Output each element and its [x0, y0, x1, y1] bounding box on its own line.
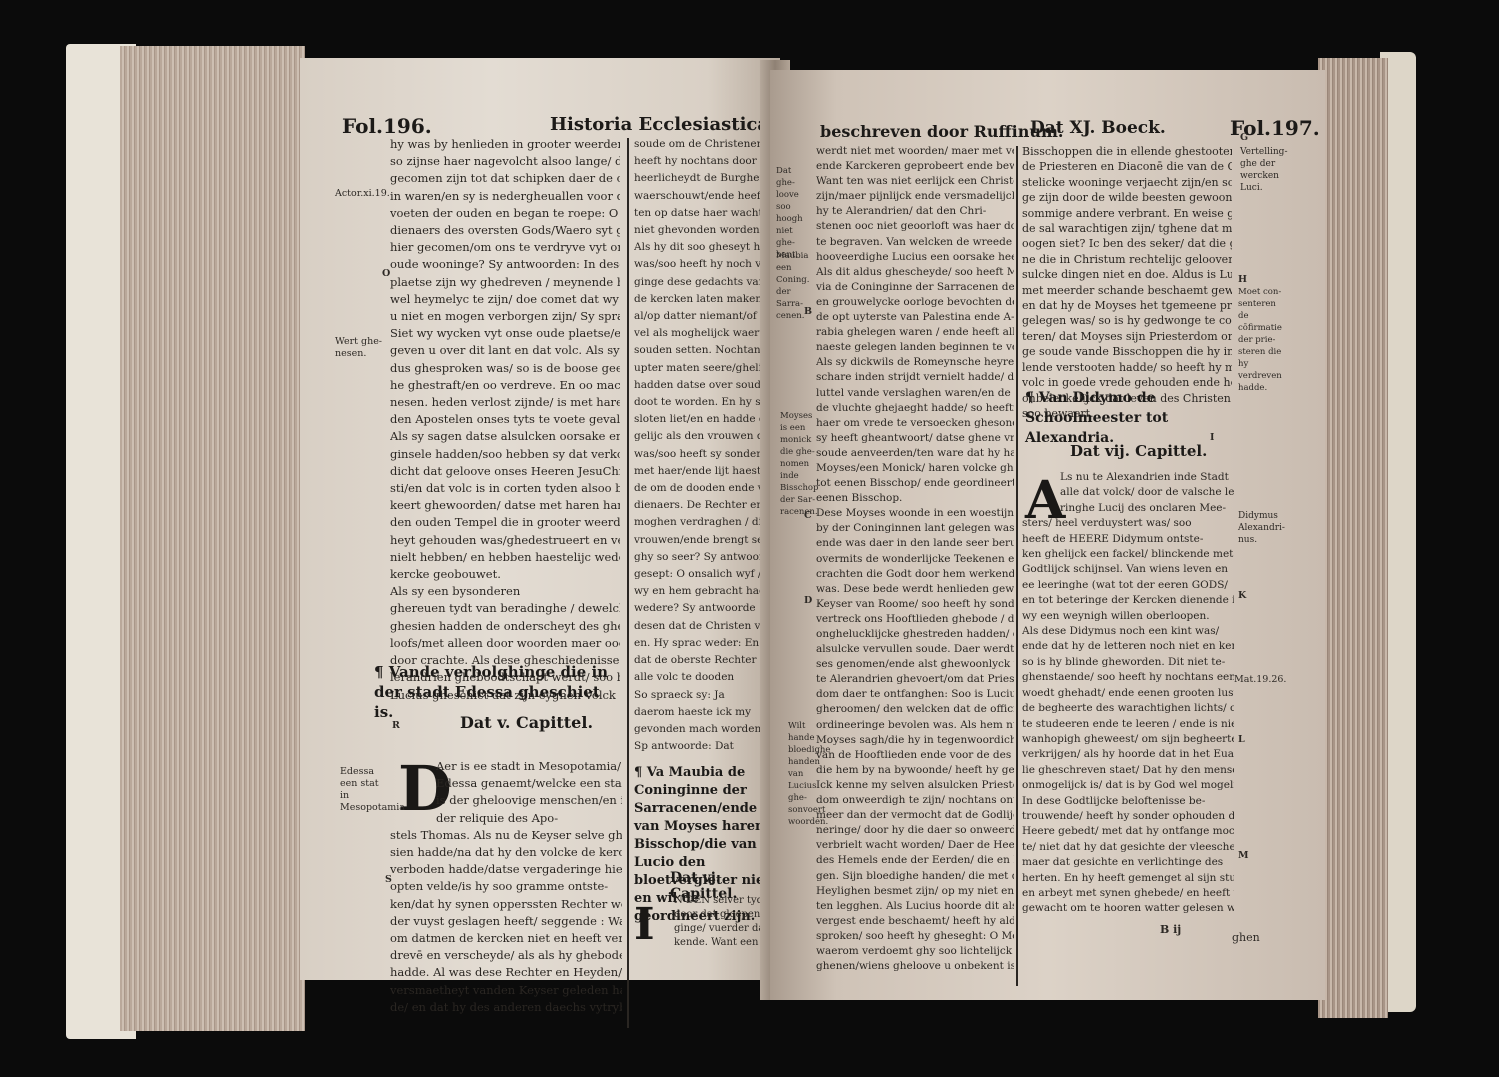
text-line: ghy so seer? Sy antwoorde [634, 549, 780, 566]
text-line: ten op datse haer wachten souden [634, 205, 780, 222]
text-line: ge soude vande Bisschoppen die hy in el- [1022, 344, 1232, 359]
text-line: upter maten seere/ghelijck of sy ghe [634, 360, 780, 377]
text-line: drevē en verscheyde/ als als hy gheboden [390, 947, 622, 964]
text-line: kercke geobouwet. [390, 566, 620, 583]
text-line: geven u over dit lant en dat volc. Als s… [390, 342, 620, 359]
margin-letter: I [1210, 432, 1214, 444]
margin-note: Didymus Alexandri-nus. [1238, 510, 1282, 546]
text-line: gheroomen/ den welcken dat de officie va… [816, 702, 1014, 717]
text-line: soude aenveerden/ten ware dat hy haer ge… [816, 446, 1014, 461]
text-line: hadde. Al was dese Rechter en Heyden/en [390, 964, 622, 981]
text-line: heyt gehouden was/ghedestrueert en ver- [390, 532, 620, 549]
text-line: oude wooninge? Sy antwoorden: In dese [390, 256, 620, 273]
text-line: de vluchte ghejaeght hadde/ so heeftmen … [816, 401, 1014, 416]
text-line: om datmen de kercken niet en heeft ver- [390, 930, 622, 947]
margin-letter: C [804, 510, 812, 522]
column-rule [1016, 146, 1018, 986]
text-line: doot te worden. En hy sach oock [634, 394, 780, 411]
text-line: niet ghevonden worden een ijeghelicke [634, 222, 780, 239]
text-line: was/soo heeft sy sonder dat [634, 446, 780, 463]
margin-letter: M [1238, 850, 1249, 862]
text-line: sien hadde/na dat hy den volcke de kerck… [390, 844, 622, 861]
text-line: Moyses sagh/die hy in tegenwoordicheyt [816, 733, 1014, 748]
text-line: die hem by na bywoonde/ heeft hy geseyt: [816, 763, 1014, 778]
text-line: Als sy dickwils de Romeynsche heyre [816, 355, 1014, 370]
text-line: Als sy een bysonderen [390, 583, 620, 600]
text-line: in waren/en sy is nedergheuallen voor di… [390, 188, 620, 205]
text-line: sti/en dat volc is in corten tyden alsoo… [390, 480, 620, 497]
text-line: keert ghewoorden/ datse met haren handen [390, 497, 620, 514]
text-line: eenen Bisschop. [816, 491, 1014, 506]
margin-letter: G [1240, 132, 1248, 144]
text-line: hier gecomen/om ons te verdryve vyt onse [390, 239, 620, 256]
text-line: heeft hy nochtans door wetschelicke [634, 153, 780, 170]
text-line: ghenstaende/ soo heeft hy nochtans eenen [1022, 670, 1234, 685]
text-line: den ouden Tempel die in grooter weerdic- [390, 514, 620, 531]
text-line: te/ niet dat hy dat gesichte der vleesch… [1022, 840, 1234, 855]
chapter-label: Dat v. Capittel. [460, 713, 593, 732]
text-line: he ghestraft/en oo verdreve. En oo macht… [390, 377, 620, 394]
text-line: ken/dat hy synen opperssten Rechter wet [390, 896, 622, 913]
text-line: te Alerandrien ghevoert/om dat Priester- [816, 672, 1014, 687]
text-line: by der Coninginnen lant gelegen was/ [816, 521, 1014, 536]
text-line: dom daer te ontfanghen: Soo is Lucius [816, 687, 1014, 702]
margin-note: Mat.19.26. [1234, 674, 1286, 686]
text-line: soude om de Christenen te vervolgen [634, 136, 780, 153]
text-line: so is hy blinde gheworden. Dit niet te- [1022, 655, 1234, 670]
text-line: te begraven. Van welcken de wreede ende [816, 235, 1014, 250]
text-line: Als sy sagen datse alsulcken oorsake en … [390, 428, 620, 445]
text-line: alle dat volck/ door de valsche lee- [1022, 485, 1234, 500]
text-line: lie gheschreven staet/ Dat hy den mensch… [1022, 763, 1234, 778]
text-line: dienaers des oversten Gods/Waero syt ghy [390, 222, 620, 239]
book-title: Dat XJ. Boeck. [1030, 118, 1166, 138]
text-line: Sp antwoorde: Dat [634, 738, 780, 755]
text-line: de kercken laten maken/ende [634, 291, 780, 308]
text-line: Edessa genaemt/welcke een stadt [390, 775, 622, 792]
left-column-2-text: soude om de Christenen te vervolgenheeft… [634, 136, 780, 816]
text-line: Moyses/een Monick/ haren volcke ghegeve [816, 461, 1014, 476]
text-line: was. Dese bede werdt henlieden gewaert e… [816, 582, 1014, 597]
text-line: onghelucklijcke ghestreden hadden/ datse [816, 627, 1014, 642]
text-line: onmogelijck is/ dat is by God wel mogeli… [1022, 778, 1234, 793]
text-line: wanhopigh gheweest/ om sijn begheerte te [1022, 732, 1234, 747]
text-line: Siet wy wycken vyt onse oude plaetse/en [390, 325, 620, 342]
text-line: gewacht om te hooren watter gelesen wert [1022, 901, 1234, 916]
right-page: beschreven door Ruffinum. Dat XJ. Boeck.… [770, 70, 1325, 1000]
text-line: werdt niet met woorden/ maer met verjage [816, 144, 1014, 159]
text-line: wy een weynigh willen oberloopen. [1022, 609, 1234, 624]
chapter-v-text: Aer is ee stadt in Mesopotamia/Edessa ge… [390, 758, 622, 1018]
text-line: voeten der ouden en began te roepe: O gy [390, 205, 620, 222]
text-line: stenen ooc niet geoorloft was haer doode… [816, 219, 1014, 234]
text-line: opten velde/is hy soo gramme ontste- [390, 878, 622, 895]
text-line: gevonden mach worden [634, 721, 780, 738]
text-line: ginsele hadden/soo hebben sy dat verkon- [390, 446, 620, 463]
text-line: te studeeren ende te leeren / ende is ni… [1022, 717, 1234, 732]
text-line: gelegen was/ so is hy gedwonge te consen… [1022, 313, 1232, 328]
text-line: ringhe Lucij des onclaren Mee- [1022, 501, 1234, 516]
text-line: ende was daer in den lande seer beruchte… [816, 536, 1014, 551]
text-line: moghen verdraghen / die sprac [634, 514, 780, 531]
text-line: rabia ghelegen waren / ende heeft alle d… [816, 325, 1014, 340]
text-line: en tot beteringe der Kercken dienende is… [1022, 593, 1234, 608]
text-line: sproken/ soo heeft hy gheseght: O Moyses… [816, 929, 1014, 944]
text-line: desen dat de Christen volck [634, 618, 780, 635]
text-line: overmits de wonderlijcke Teekenen en [816, 552, 1014, 567]
text-line: en grouwelycke oorloge bevochten de ste- [816, 295, 1014, 310]
text-line: neringe/ door hy die daer so onweerdigh [816, 823, 1014, 838]
text-line: crachten die Godt door hem werkende [816, 567, 1014, 582]
margin-letter: H [1238, 274, 1247, 286]
drop-initial: I [634, 894, 655, 956]
text-line: en arbeyt met synen ghebede/ en heeft we… [1022, 886, 1234, 901]
text-line: des Hemels ende der Eerden/ die en Heere… [816, 853, 1014, 868]
left-page: Fol.196. Historia Ecclesiastica/ Actor.x… [300, 58, 780, 980]
text-line: souden setten. Nochtans als hy hadde [634, 342, 780, 359]
text-line: ghenen/wiens gheloove u onbekent is/ oft [816, 959, 1014, 974]
text-line: verbrielt wacht worden/ Daer de Heere [816, 838, 1014, 853]
text-line: dicht dat geloove onses Heeren JesuChri- [390, 463, 620, 480]
text-line: ken ghelijck een fackel/ blinckende met … [1022, 547, 1234, 562]
text-line: ge zijn door de wilde beesten gewoonen/ … [1022, 190, 1232, 205]
text-line: loofs/met alleen door woorden maer oock [390, 635, 620, 652]
text-line: van de Hooftlieden ende voor de des volc… [816, 748, 1014, 763]
text-line: trouwende/ heeft hy sonder ophouden den [1022, 809, 1234, 824]
text-line: Aer is ee stadt in Mesopotamia/ [390, 758, 622, 775]
text-line: vertreck ons Hooftlieden ghebode / die [816, 612, 1014, 627]
margin-note: Vertelling-ghe der wercken Luci. [1240, 146, 1284, 194]
text-line: hy te Alerandrien/ dat den Chri- [816, 204, 1014, 219]
text-line: alle volc te dooden [634, 669, 780, 686]
text-line: Heere gebedt/ met dat hy ontfange moch- [1022, 824, 1234, 839]
text-line: Heylighen besmet zijn/ op my niet en la- [816, 884, 1014, 899]
text-line: de begheerte des warachtighen lichts/ om [1022, 701, 1234, 716]
text-line: Als hy dit soo gheseyt heeft [634, 239, 780, 256]
margin-letter: R [392, 720, 400, 732]
text-line: gecomen zijn tot dat schipken daer de ou… [390, 170, 620, 187]
text-line: ginge dese gedachts van syne dienaers [634, 274, 780, 291]
text-line: sy heeft gheantwoort/ datse ghene vrede … [816, 431, 1014, 446]
text-line: ten legghen. Als Lucius hoorde dit als [816, 899, 1014, 914]
text-line: woedt ghehadt/ ende eenen grooten lust [1022, 686, 1234, 701]
text-line: Want ten was niet eerlijck een Christen … [816, 174, 1014, 189]
text-line: alsulcke vervullen soude. Daer werdt Moy… [816, 642, 1014, 657]
text-line: de opt uyterste van Palestina ende A- [816, 310, 1014, 325]
text-line: heerlicheydt de Burgheren hooren [634, 170, 780, 187]
signature-mark: B ij [1160, 924, 1181, 936]
text-line: gen. Sijn bloedighe handen/ die met dat … [816, 869, 1014, 884]
text-line: nielt hebben/ en hebben haestelijc weder… [390, 549, 620, 566]
text-line: ende dat hy de letteren noch niet en ken… [1022, 639, 1234, 654]
text-line: stels Thomas. Als nu de Keyser selve ghe… [390, 827, 622, 844]
margin-note: Moet con-senteren de cōfirmatie der prie… [1238, 286, 1282, 394]
text-line: is der gheloovige menschen/en is [390, 792, 622, 809]
text-line: Ick kenne my selven alsulcken Priester- [816, 778, 1014, 793]
text-line: verboden hadde/datse vergaderinge hielde [390, 861, 622, 878]
text-line: wy en hem gebracht hadde [634, 583, 780, 600]
text-line: zijn/maer pijnlijck ende versmadelijck/ … [816, 189, 1014, 204]
text-line: ee leeringhe (wat tot der eeren GODS/ [1022, 578, 1234, 593]
text-line: hooveerdighe Lucius een oorsake heeft [816, 250, 1014, 265]
text-line: stelicke wooninge verjaecht zijn/en somm… [1022, 175, 1232, 190]
text-line: ses genomen/ende alst ghewoonlyck was/ [816, 657, 1014, 672]
text-line: teren/ dat Moyses sijn Priesterdom ontfa… [1022, 329, 1232, 344]
column-rule [627, 138, 629, 1028]
text-line: u niet en mogen verborgen zijn/ Sy sprac… [390, 308, 620, 325]
right-running-title: beschreven door Ruffinum. [820, 122, 1063, 141]
left-folio: Fol.196. [342, 114, 432, 138]
text-line: Als dese Didymus noch een kint was/ [1022, 624, 1234, 639]
text-line: vrouwen/ende brengt se tot my [634, 532, 780, 549]
text-line: dat de oberste Rechter [634, 652, 780, 669]
margin-note: Actor.xi.19. [335, 188, 390, 200]
text-line: Als dit aldus ghescheyde/ soo heeft Mau- [816, 265, 1014, 280]
margin-note: Edessa een stat in Mesopotamia [340, 766, 390, 814]
text-line: den Apostelen onses tyts te voete gevall… [390, 411, 620, 428]
text-line: schare inden strijdt vernielt hadde/ dat… [816, 370, 1014, 385]
text-line: nesen. heden verlost zijnde/ is met hare… [390, 394, 620, 411]
text-line: verkrijgen/ als hy hoorde dat in het Eua… [1022, 747, 1234, 762]
text-line: waerschouwt/ende heeft alsulcks laten [634, 188, 780, 205]
text-line: en. Hy sprac weder: En [634, 635, 780, 652]
margin-note: Wert ghe-nesen. [335, 336, 385, 360]
margin-letter: B [804, 306, 812, 318]
text-line: dus ghesproken was/ so is de boose geest… [390, 360, 620, 377]
text-line: So spraeck sy: Ja [634, 687, 780, 704]
right-page-edges [1318, 58, 1388, 1018]
text-line: der reliquie des Apo- [390, 810, 622, 827]
text-line: de/ en dat hy des anderen daechs vytrybe [390, 999, 622, 1016]
text-line: meer dan der vermocht dat de Godlijcke o… [816, 808, 1014, 823]
left-running-title: Historia Ecclesiastica/ [550, 114, 776, 135]
text-line: versmaetheyt vanden Keyser geleden had- [390, 982, 622, 999]
text-line: Keyser van Roome/ soo heeft hy sonder ee… [816, 597, 1014, 612]
text-line: tot eenen Bisschop/ ende geordineert wer… [816, 476, 1014, 491]
left-column-1-text: hy was by henlieden in grooter weerden/s… [390, 136, 620, 706]
text-line: Bisschoppen die in ellende ghestooten zi… [1022, 144, 1232, 159]
text-line: plaetse zijn wy ghedreven / meynende hie… [390, 274, 620, 291]
text-line: wedere? Sy antwoorde [634, 600, 780, 617]
margin-letter: D [804, 595, 812, 607]
text-line: was/soo heeft hy noch veel meer [634, 256, 780, 273]
text-line: vel als moghelijck waert hen te quetsen [634, 325, 780, 342]
text-line: via de Coninginne der Sarracenen de ste- [816, 280, 1014, 295]
text-line: oogen siet? Ic ben des seker/ dat die gh… [1022, 236, 1232, 251]
margin-letter: K [1238, 590, 1246, 602]
text-line: haer om vrede te versoecken ghesonden. E… [816, 416, 1014, 431]
text-line: sommige andere verbrant. En weise geloo- [1022, 206, 1232, 221]
open-book-photo: Fol.196. Historia Ecclesiastica/ Actor.x… [0, 0, 1499, 1077]
margin-note: Moyses is een monick die ghe-nomen inde … [780, 410, 816, 518]
text-line: der vuyst geslagen heeft/ seggende : Wae… [390, 913, 622, 930]
text-line: sloten liet/en en hadde daer oock [634, 411, 780, 428]
left-page-edges [120, 46, 305, 1031]
text-line: naeste gelegen landen beginnen te verder… [816, 340, 1014, 355]
text-line: de Priesteren en Diaconē die van de Chri… [1022, 159, 1232, 174]
text-line: ghesien hadden de onderscheyt des ghe- [390, 618, 620, 635]
text-line: met haer/ende lijt haestelijck [634, 463, 780, 480]
text-line: Dese Moyses woonde in een woestijne [816, 506, 1014, 521]
text-line: heeft de HEERE Didymum ontste- [1022, 532, 1234, 547]
text-line: herten. En hy heeft gemenget al sijn stu… [1022, 871, 1234, 886]
text-line: Godtlijck schijnsel. Van wiens leven en [1022, 562, 1234, 577]
margin-letter: L [1238, 734, 1245, 746]
chapter-vii-label: Dat vij. Capittel. [1070, 442, 1207, 460]
right-column-1-text: werdt niet met woorden/ maer met verjage… [816, 144, 1014, 974]
text-line: lende verstooten hadde/ so heeft hy met … [1022, 360, 1232, 375]
text-line: sulcke dingen niet en doe. Aldus is Luci… [1022, 267, 1232, 282]
text-line: de sal warachtigen zijn/ tghene dat mett… [1022, 221, 1232, 236]
text-line: In dese Godtlijcke beloftenisse be- [1022, 794, 1234, 809]
text-line: hy was by henlieden in grooter weerden/ [390, 136, 620, 153]
text-line: daerom haeste ick my [634, 704, 780, 721]
text-line: ne die in Christum rechtelijc gelooven /… [1022, 252, 1232, 267]
text-line: maer dat gesichte en verlichtinge des [1022, 855, 1234, 870]
text-line: wel heymelyc te zijn/ doe comet dat wy h… [390, 291, 620, 308]
text-line: ghereuen tydt van beradinghe / dewelcke [390, 600, 620, 617]
text-line: waerom verdoemt ghy soo lichtelijck den [816, 944, 1014, 959]
chapter-vii-heading: ¶ Van Didymo de Schoolmeester tot Alexan… [1025, 388, 1235, 448]
text-line: so zijnse haer nagevolcht alsoo lange/ d… [390, 153, 620, 170]
text-line: met meerder schande beschaemt geworde/ [1022, 283, 1232, 298]
text-line: luttel vande verslaghen waren/en de ande… [816, 386, 1014, 401]
text-line: Ls nu te Alexandrien inde Stadt [1022, 470, 1234, 485]
chapter-vii-text: Ls nu te Alexandrien inde Stadtalle dat … [1022, 470, 1234, 920]
text-line: al/op datter niemant/of seer weynighe [634, 308, 780, 325]
catchword: ghen [1232, 932, 1260, 944]
text-line: hadden datse over souden blijven [634, 377, 780, 394]
text-line: en dat hy de Moyses het tgemeene profijt… [1022, 298, 1232, 313]
text-line: ende Karckeren geprobeert ende bewesen. [816, 159, 1014, 174]
text-line: ordineeringe bevolen was. Als hem nu [816, 718, 1014, 733]
text-line: sters/ heel verduystert was/ soo [1022, 516, 1234, 531]
text-line: dienaers. De Rechter en lyet [634, 497, 780, 514]
text-line: gelijc als den vrouwen dese weten [634, 428, 780, 445]
text-line: de om de dooden ende voor de [634, 480, 780, 497]
text-line: gesept: O onsalich wyf / waer [634, 566, 780, 583]
text-line: dom onweerdigh te zijn/ nochtans onweerd… [816, 793, 1014, 808]
text-line: vergest ende beschaemt/ heeft hy aldus g… [816, 914, 1014, 929]
margin-note: Dat ghe-loove soo hoogh niet ghe-bant. [776, 165, 812, 261]
